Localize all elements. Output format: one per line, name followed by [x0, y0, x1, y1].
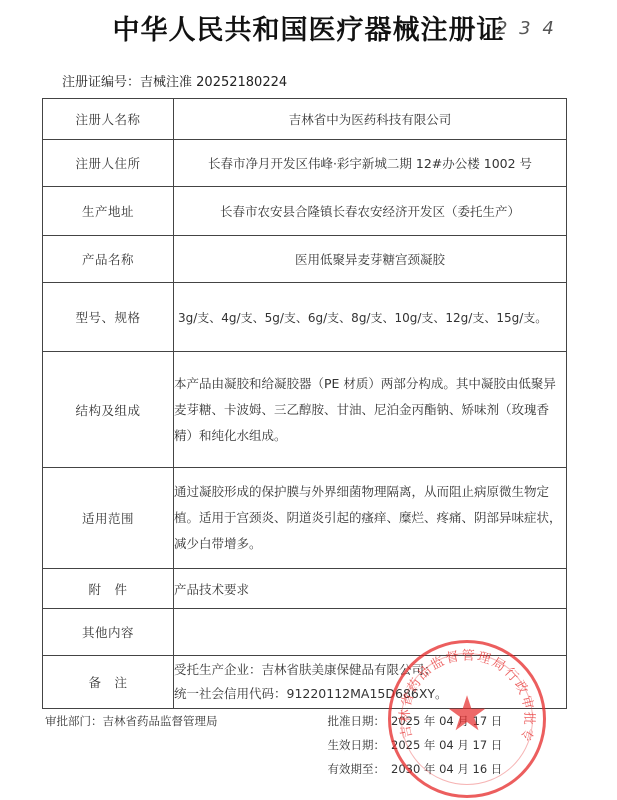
date-label: 批准日期： — [315, 713, 385, 737]
table-row-registrant-name: 注册人名称 吉林省中为医药科技有限公司 — [43, 99, 567, 140]
remark-line-credit-code: 统一社会信用代码：91220112MA15D686XY。 — [174, 682, 566, 706]
table-row-attachment: 附 件 产品技术要求 — [43, 569, 567, 609]
approval-department-value: 吉林省药品监督管理局 — [103, 714, 218, 728]
date-label: 有效期至： — [315, 761, 385, 785]
row-label: 生产地址 — [43, 187, 174, 236]
date-value: 2025 年 04 月 17 日 — [391, 737, 502, 761]
row-label: 结构及组成 — [43, 352, 174, 468]
row-label: 注册人住所 — [43, 140, 174, 187]
table-row-production-address: 生产地址 长春市农安县合隆镇长春农安经济开发区（委托生产） — [43, 187, 567, 236]
date-value: 2030 年 04 月 16 日 — [391, 761, 502, 785]
row-value: 长春市农安县合隆镇长春农安经济开发区（委托生产） — [174, 187, 567, 236]
date-block: 批准日期： 2025 年 04 月 17 日 生效日期： 2025 年 04 月… — [315, 713, 502, 785]
remark-line-entrusted-manufacturer: 受托生产企业：吉林省肤美康保健品有限公司； — [174, 658, 566, 682]
date-label: 生效日期： — [315, 737, 385, 761]
date-value: 2025 年 04 月 17 日 — [391, 713, 502, 737]
approval-department: 审批部门：吉林省药品监督管理局 — [45, 713, 218, 729]
table-row-registrant-address: 注册人住所 长春市净月开发区伟峰·彩宇新城二期 12#办公楼 1002 号 — [43, 140, 567, 187]
row-value: 受托生产企业：吉林省肤美康保健品有限公司； 统一社会信用代码：91220112M… — [174, 656, 567, 709]
approval-date: 批准日期： 2025 年 04 月 17 日 — [315, 713, 502, 737]
row-value: 长春市净月开发区伟峰·彩宇新城二期 12#办公楼 1002 号 — [174, 140, 567, 187]
row-value — [174, 609, 567, 656]
row-value: 本产品由凝胶和给凝胶器（PE 材质）两部分构成。其中凝胶由低聚异麦芽糖、卡波姆、… — [174, 352, 567, 468]
row-value: 医用低聚异麦芽糖宫颈凝胶 — [174, 236, 567, 283]
row-label: 产品名称 — [43, 236, 174, 283]
certificate-table: 注册人名称 吉林省中为医药科技有限公司 注册人住所 长春市净月开发区伟峰·彩宇新… — [42, 98, 567, 709]
registration-number-label: 注册证编号： — [62, 75, 140, 90]
table-row-other-content: 其他内容 — [43, 609, 567, 656]
table-row-model-spec: 型号、规格 3g/支、4g/支、5g/支、6g/支、8g/支、10g/支、12g… — [43, 283, 567, 352]
table-row-intended-use: 适用范围 通过凝胶形成的保护膜与外界细菌物理隔离，从而阻止病原微生物定植。适用于… — [43, 468, 567, 569]
row-value: 产品技术要求 — [174, 569, 567, 609]
registration-number: 注册证编号：吉械注准 20252180224 — [62, 71, 287, 90]
table-row-product-name: 产品名称 医用低聚异麦芽糖宫颈凝胶 — [43, 236, 567, 283]
table-row-remarks: 备 注 受托生产企业：吉林省肤美康保健品有限公司； 统一社会信用代码：91220… — [43, 656, 567, 709]
row-label: 备 注 — [43, 656, 174, 709]
effective-date: 生效日期： 2025 年 04 月 17 日 — [315, 737, 502, 761]
row-value: 3g/支、4g/支、5g/支、6g/支、8g/支、10g/支、12g/支、15g… — [174, 283, 567, 352]
approval-department-label: 审批部门： — [45, 714, 103, 728]
registration-number-value: 吉械注准 20252180224 — [140, 75, 287, 90]
row-value: 通过凝胶形成的保护膜与外界细菌物理隔离，从而阻止病原微生物定植。适用于宫颈炎、阴… — [174, 468, 567, 569]
table-row-structure: 结构及组成 本产品由凝胶和给凝胶器（PE 材质）两部分构成。其中凝胶由低聚异麦芽… — [43, 352, 567, 468]
row-label: 其他内容 — [43, 609, 174, 656]
row-value: 吉林省中为医药科技有限公司 — [174, 99, 567, 140]
row-label: 型号、规格 — [43, 283, 174, 352]
row-label: 适用范围 — [43, 468, 174, 569]
expiry-date: 有效期至： 2030 年 04 月 16 日 — [315, 761, 502, 785]
handwritten-note: 2 3 4 — [496, 18, 557, 39]
row-label: 附 件 — [43, 569, 174, 609]
row-label: 注册人名称 — [43, 99, 174, 140]
